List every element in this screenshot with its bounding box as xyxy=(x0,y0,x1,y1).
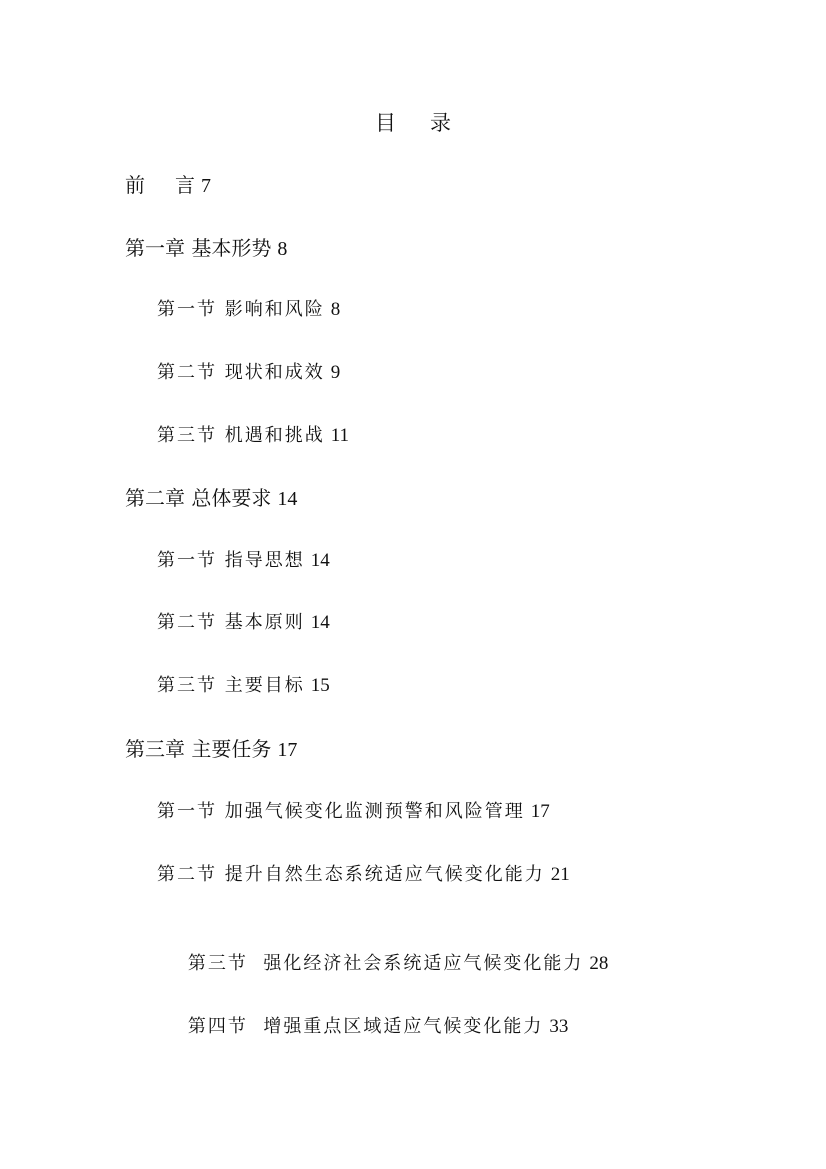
section-label: 第二节 基本原则 xyxy=(157,612,305,633)
section-label: 第三节 主要目标 xyxy=(157,675,305,696)
section-label: 第一节 指导思想 xyxy=(157,550,305,571)
toc-entry-section-3-4[interactable]: 第四节 增强重点区域适应气候变化能力33 xyxy=(157,988,568,1066)
page-number: 14 xyxy=(311,612,330,633)
section-label: 第二节 现状和成效 xyxy=(157,362,325,383)
page-number: 21 xyxy=(551,864,570,885)
toc-title-char-1: 目 xyxy=(375,111,396,135)
section-label: 第一节 影响和风险 xyxy=(157,299,325,320)
chapter-label: 第二章 总体要求 xyxy=(125,486,271,510)
page-number: 9 xyxy=(331,362,341,383)
page-number: 17 xyxy=(531,801,550,822)
section-label: 第一节 加强气候变化监测预警和风险管理 xyxy=(157,801,525,822)
page-number: 14 xyxy=(277,488,297,510)
page-number: 8 xyxy=(331,299,341,320)
toc-entry-section-1-3[interactable]: 第三节 机遇和挑战11 xyxy=(157,423,349,449)
preface-label-char-2: 言 xyxy=(175,173,195,197)
toc-entry-section-3-2[interactable]: 第二节 提升自然生态系统适应气候变化能力21 xyxy=(157,862,570,888)
document-page: 目录 前言7 第一章 基本形势8 第一节 影响和风险8 第二节 现状和成效9 第… xyxy=(0,0,826,1169)
page-number: 15 xyxy=(311,675,330,696)
page-number: 17 xyxy=(277,739,297,761)
toc-entry-chapter-3[interactable]: 第三章 主要任务17 xyxy=(125,736,297,763)
toc-entry-section-2-3[interactable]: 第三节 主要目标15 xyxy=(157,673,330,699)
section-label: 第二节 提升自然生态系统适应气候变化能力 xyxy=(157,864,545,885)
page-number: 8 xyxy=(277,238,287,260)
section-label: 第四节 增强重点区域适应气候变化能力 xyxy=(188,1016,543,1037)
preface-label-char-1: 前 xyxy=(125,173,145,197)
toc-entry-chapter-1[interactable]: 第一章 基本形势8 xyxy=(125,235,287,262)
section-label: 第三节 机遇和挑战 xyxy=(157,425,325,446)
toc-entry-section-3-1[interactable]: 第一节 加强气候变化监测预警和风险管理17 xyxy=(157,799,550,825)
page-number: 7 xyxy=(201,175,211,197)
chapter-label: 第三章 主要任务 xyxy=(125,737,271,761)
page-number: 14 xyxy=(311,550,330,571)
page-number: 11 xyxy=(331,425,349,446)
toc-entry-preface[interactable]: 前言7 xyxy=(125,172,211,199)
toc-entry-section-1-2[interactable]: 第二节 现状和成效9 xyxy=(157,360,340,386)
toc-entry-section-1-1[interactable]: 第一节 影响和风险8 xyxy=(157,297,340,323)
toc-title: 目录 xyxy=(0,108,826,138)
chapter-label: 第一章 基本形势 xyxy=(125,236,271,260)
toc-entry-section-2-2[interactable]: 第二节 基本原则14 xyxy=(157,610,330,636)
toc-title-char-2: 录 xyxy=(430,111,451,135)
section-label: 第三节 强化经济社会系统适应气候变化能力 xyxy=(188,953,583,974)
toc-entry-section-2-1[interactable]: 第一节 指导思想14 xyxy=(157,548,330,574)
toc-entry-chapter-2[interactable]: 第二章 总体要求14 xyxy=(125,485,297,512)
page-number: 28 xyxy=(589,953,608,974)
page-number: 33 xyxy=(549,1016,568,1037)
